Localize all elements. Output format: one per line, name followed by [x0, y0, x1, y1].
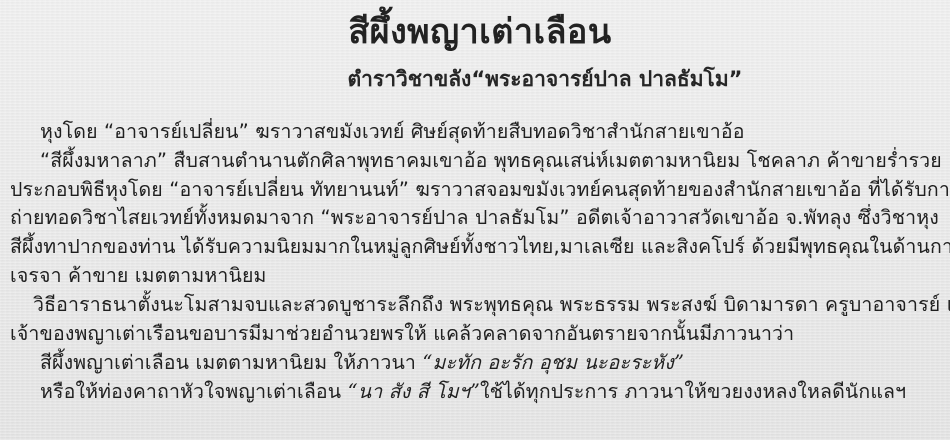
mantra-prefix: สีผึ้งพญาเต่าเลือน เมตตามหานิยม ให้ภาวนา — [40, 351, 422, 374]
paragraph-line: ถ่ายทอดวิชาไสยเวทย์ทั้งหมดมาจาก “พระอาจา… — [10, 204, 939, 232]
mantra-text: “มะทัก อะรัก อุชม นะอะระหัง” — [422, 351, 684, 374]
paragraph-line: เจรจา ค้าขาย เมตตามหานิยม — [10, 262, 267, 290]
paragraph-line: หุงโดย “อาจารย์เปลี่ยน” ฆราวาสขมังเวทย์ … — [40, 118, 745, 146]
mantra-suffix: ใช้ได้ทุกประการ ภาวนาให้ขวยงงหลงใหลดีนัก… — [480, 380, 906, 403]
mantra-text: “นา สัง สี โมฯ” — [348, 380, 480, 403]
paragraph-line: เจ้าของพญาเต่าเรือนขอบารมีมาช่วยอำนวยพรใ… — [10, 320, 794, 348]
paragraph-line: สีผึ้งทาปากของท่าน ได้รับความนิยมมากในหม… — [10, 233, 950, 261]
paragraph-line: ประกอบพิธีหุงโดย “อาจารย์เปลี่ยน ทัทยานน… — [10, 176, 950, 204]
paragraph-line: “สีผึ้งมหาลาภ” สืบสานตำนานตักศิลาพุทธาคม… — [40, 147, 942, 175]
paragraph-line: วิธีอาราธนาตั้งนะโมสามจบและสวดบูชาระลึกถ… — [33, 291, 950, 319]
mantra-prefix: หรือให้ท่องคาถาหัวใจพญาเต่าเลือน — [40, 380, 348, 403]
scanned-document: สีผึ้งพญาเต่าเลือน ตำราวิชาขลัง“พระอาจาร… — [0, 0, 950, 440]
mantra-line: หรือให้ท่องคาถาหัวใจพญาเต่าเลือน “นา สัง… — [40, 378, 906, 406]
document-subtitle: ตำราวิชาขลัง“พระอาจารย์ปาล ปาลธัมโม” — [0, 62, 950, 96]
document-title: สีผึ้งพญาเต่าเลือน — [0, 8, 950, 56]
mantra-line: สีผึ้งพญาเต่าเลือน เมตตามหานิยม ให้ภาวนา… — [40, 349, 684, 377]
